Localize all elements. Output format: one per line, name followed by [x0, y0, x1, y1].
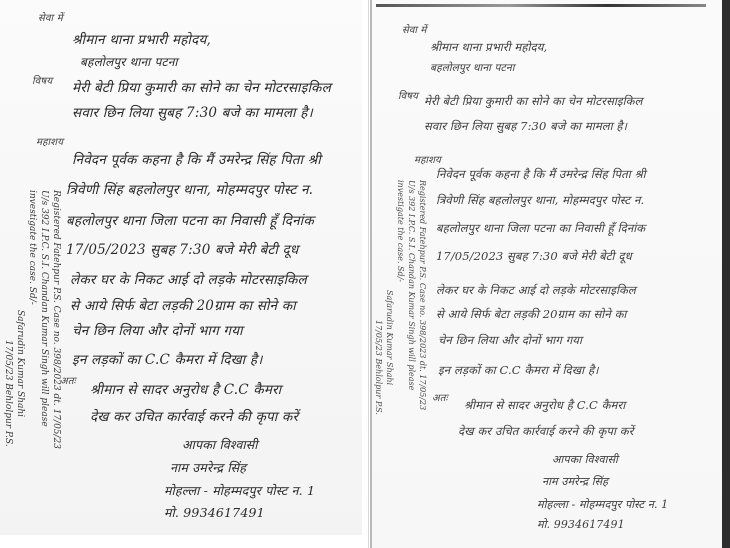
body-line: त्रिवेणी सिंह बहलोलपुर थाना, मोहम्मदपुर …	[66, 180, 313, 198]
subject-line-2: सवार छिन लिया सुबह 7:30 बजे का मामला है।	[424, 119, 627, 134]
subject-line-1: मेरी बेटी प्रिया कुमारी का सोने का चेन म…	[424, 94, 643, 109]
body-line: 17/05/2023 सुबह 7:30 बजे मेरी बेटी दूध	[436, 249, 632, 264]
request-line: श्रीमान से सादर अनुरोध है C.C कैमरा	[464, 398, 625, 413]
addressee-line-2: बहलोलपुर थाना पटना	[80, 53, 178, 70]
subject-label: विषय	[32, 73, 52, 87]
closing: आपका विश्वासी	[182, 436, 258, 453]
request-label: अतः	[432, 390, 448, 404]
body-line: बहलोलपुर थाना जिला पटना का निवासी हूँ दि…	[436, 221, 645, 236]
body-line: चेन छिन लिया और दोनों भाग गया	[438, 333, 582, 348]
subject-line-1: मेरी बेटी प्रिया कुमारी का सोने का चेन म…	[72, 78, 331, 96]
police-endorsement-note: Registered Fatehpur P.S. Case no. 398/20…	[2, 190, 62, 449]
body-line: इन लड़कों का C.C कैमरा में दिखा है।	[438, 363, 599, 378]
police-endorsement-note: Registered Fatehpur P.S. Case no. 398/20…	[373, 180, 428, 415]
endorsement-line: U/s 392 I.P.C. S.I. Chandan Kumar Singh …	[406, 180, 417, 415]
signature-mobile: मो. 9934617491	[164, 504, 265, 521]
request-line: देख कर उचित कार्रवाई करने की कृपा करें	[458, 424, 634, 439]
request-line: देख कर उचित कार्रवाई करने की कृपा करें	[90, 407, 298, 425]
endorsement-line: Registered Fatehpur P.S. Case no. 398/20…	[50, 190, 62, 449]
letter-copy-right: सेवा में श्रीमान थाना प्रभारी महोदय, बहल…	[370, 0, 722, 548]
salutation: महाशय	[36, 134, 63, 148]
body-line: निवेदन पूर्वक कहना है कि मैं उमरेन्द्र स…	[436, 167, 646, 182]
subject-label: विषय	[398, 88, 418, 102]
body-line: चेन छिन लिया और दोनों भाग गया	[72, 321, 243, 339]
scan-border	[722, 0, 730, 548]
body-line: निवेदन पूर्वक कहना है कि मैं उमरेन्द्र स…	[72, 150, 321, 168]
body-line: लेकर घर के निकट आई दो लड़के मोटरसाइकिल	[436, 283, 636, 298]
endorsement-line: 17/05/23 Behlolpur P.S.	[373, 180, 384, 415]
signature-name: नाम उमरेन्द्र सिंह	[542, 474, 608, 489]
endorsement-line: investigate the case. Sd/-	[26, 190, 38, 449]
body-line: लेकर घर के निकट आई दो लड़के मोटरसाइकिल	[70, 270, 307, 288]
body-line: से आये सिर्फ बेटा लड़की 20ग्राम का सोने …	[436, 307, 627, 322]
request-line: श्रीमान से सादर अनुरोध है C.C कैमरा	[90, 380, 281, 398]
body-line: से आये सिर्फ बेटा लड़की 20ग्राम का सोने …	[70, 296, 296, 314]
signature-locality: मोहल्ला - मोहम्मदपुर पोस्ट न. 1	[537, 497, 668, 512]
endorsement-line: U/s 392 I.P.C. S.I. Chandan Kumar Singh …	[38, 190, 50, 449]
signature-locality: मोहल्ला - मोहम्मदपुर पोस्ट न. 1	[164, 482, 315, 499]
letter-copy-left: सेवा में श्रीमान थाना प्रभारी महोदय, बहल…	[0, 0, 362, 535]
closing: आपका विश्वासी	[552, 452, 618, 467]
addressee-line-1: श्रीमान थाना प्रभारी महोदय,	[72, 30, 211, 48]
salutation: महाशय	[414, 152, 441, 166]
endorsement-line: Safarudin Kumar Shahi	[384, 180, 395, 415]
addressee-label: सेवा में	[38, 10, 63, 24]
scan-edge	[376, 4, 706, 7]
endorsement-line: Safarudin Kumar Shahi	[14, 190, 26, 449]
endorsement-line: Registered Fatehpur P.S. Case no. 398/20…	[417, 180, 428, 415]
body-line: 17/05/2023 सुबह 7:30 बजे मेरी बेटी दूध	[66, 240, 298, 258]
addressee-line-2: बहलोलपुर थाना पटना	[430, 61, 515, 75]
request-label: अतः	[60, 373, 76, 387]
body-line: त्रिवेणी सिंह बहलोलपुर थाना, मोहम्मदपुर …	[436, 193, 644, 208]
body-line: इन लड़कों का C.C कैमरा में दिखा है।	[72, 350, 263, 368]
endorsement-line: 17/05/23 Behlolpur P.S.	[2, 190, 14, 449]
signature-name: नाम उमरेन्द्र सिंह	[170, 459, 246, 476]
addressee-label: सेवा में	[402, 22, 426, 36]
endorsement-line: investigate the case. Sd/-	[395, 180, 406, 415]
addressee-line-1: श्रीमान थाना प्रभारी महोदय,	[430, 40, 547, 55]
page-divider	[368, 0, 369, 548]
body-line: बहलोलपुर थाना जिला पटना का निवासी हूँ दि…	[66, 211, 314, 229]
subject-line-2: सवार छिन लिया सुबह 7:30 बजे का मामला है।	[72, 103, 313, 121]
signature-mobile: मो. 9934617491	[537, 517, 625, 532]
